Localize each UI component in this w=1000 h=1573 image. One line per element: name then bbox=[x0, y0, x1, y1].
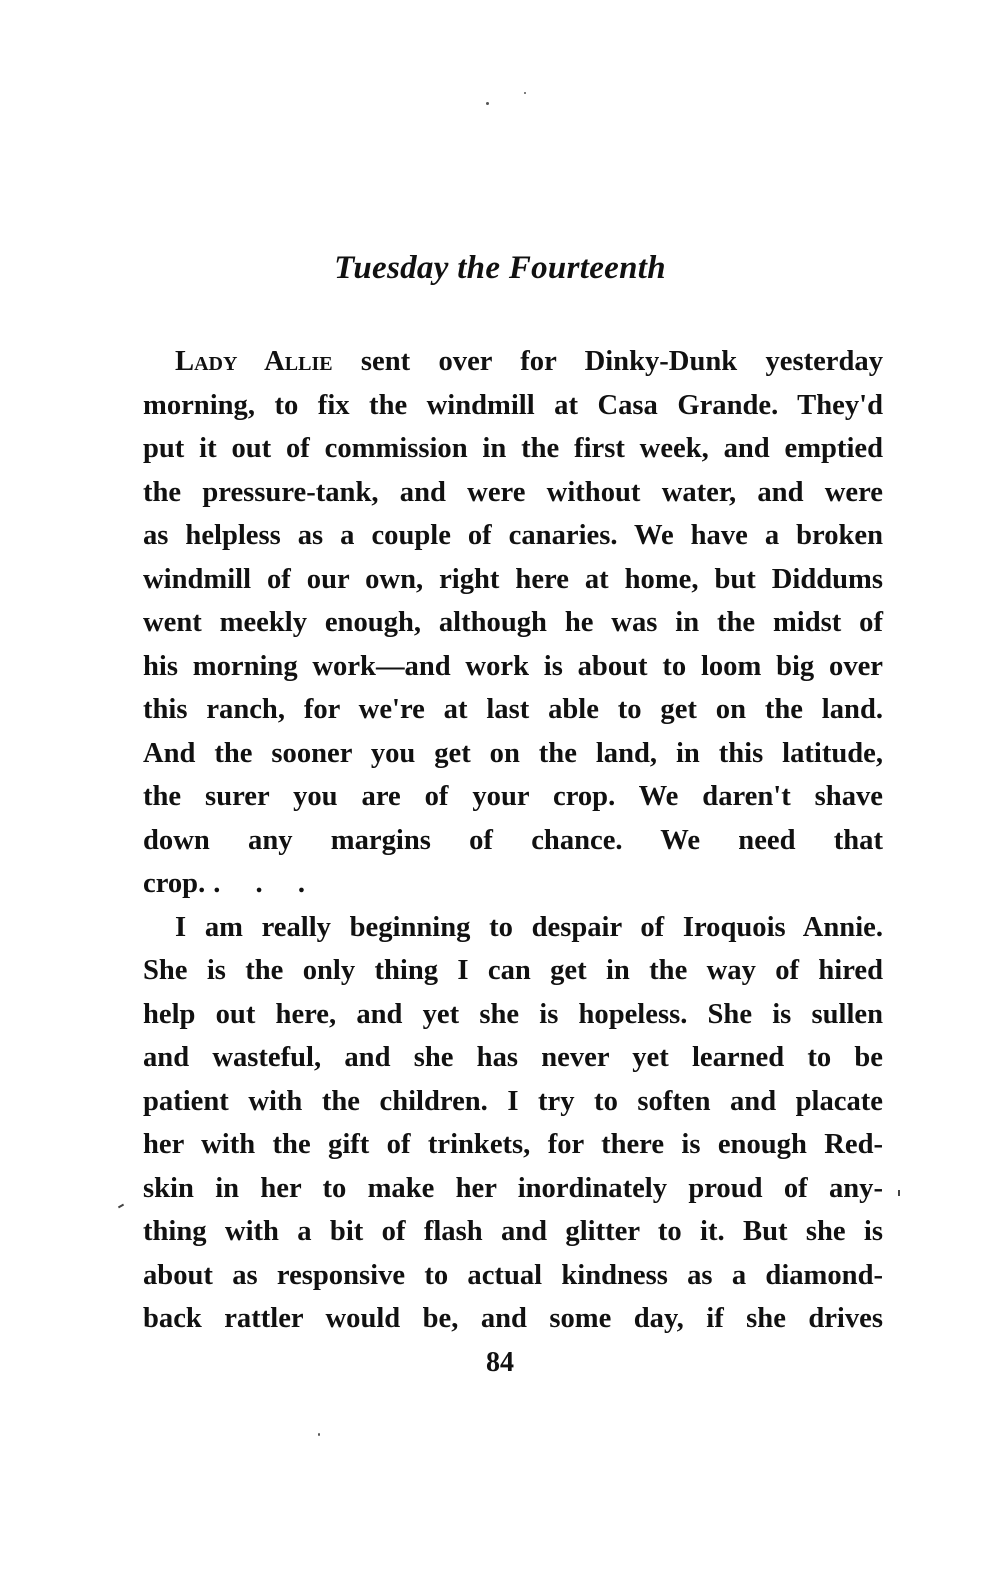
chapter-title: Tuesday the Fourteenth bbox=[0, 250, 1000, 287]
text-line: as helpless as a couple of canaries. We … bbox=[143, 514, 883, 558]
body-text: Lady Allie sent over for Dinky-Dunk yest… bbox=[143, 340, 883, 1341]
text-fragment: crop. bbox=[143, 868, 205, 899]
margin-mark bbox=[898, 1190, 900, 1196]
text-line: crop.. . . bbox=[143, 862, 883, 906]
scan-speck bbox=[524, 92, 526, 94]
text-line: And the sooner you get on the land, in t… bbox=[143, 732, 883, 776]
text-line: her with the gift of trinkets, for there… bbox=[143, 1123, 883, 1167]
text-line: about as responsive to actual kindness a… bbox=[143, 1254, 883, 1298]
text-line: I am really beginning to despair of Iroq… bbox=[143, 906, 883, 950]
text-line: back rattler would be, and some day, if … bbox=[143, 1297, 883, 1341]
text-line: windmill of our own, right here at home,… bbox=[143, 558, 883, 602]
scan-speck bbox=[486, 102, 489, 105]
book-page: Tuesday the Fourteenth Lady Allie sent o… bbox=[0, 0, 1000, 1573]
text-line: patient with the children. I try to soft… bbox=[143, 1080, 883, 1124]
ellipsis: . . . bbox=[213, 868, 319, 899]
text-line: and wasteful, and she has never yet lear… bbox=[143, 1036, 883, 1080]
margin-mark bbox=[118, 1204, 124, 1209]
text-line: thing with a bit of flash and glitter to… bbox=[143, 1210, 883, 1254]
lead-small-caps: Lady Allie bbox=[175, 346, 333, 377]
text-line: his morning work—and work is about to lo… bbox=[143, 645, 883, 689]
text-line: She is the only thing I can get in the w… bbox=[143, 949, 883, 993]
text-line: went meekly enough, although he was in t… bbox=[143, 601, 883, 645]
text-line: the pressure-tank, and were without wate… bbox=[143, 471, 883, 515]
text-line: put it out of commission in the first we… bbox=[143, 427, 883, 471]
scan-speck bbox=[318, 1433, 320, 1436]
text-line: morning, to fix the windmill at Casa Gra… bbox=[143, 384, 883, 428]
text-line: the surer you are of your crop. We daren… bbox=[143, 775, 883, 819]
text-line: skin in her to make her inordinately pro… bbox=[143, 1167, 883, 1211]
text-line: Lady Allie sent over for Dinky-Dunk yest… bbox=[143, 340, 883, 384]
text-line: help out here, and yet she is hopeless. … bbox=[143, 993, 883, 1037]
text-fragment: sent over for Dinky-Dunk yesterday bbox=[333, 346, 883, 377]
text-line: down any margins of chance. We need that bbox=[143, 819, 883, 863]
page-number: 84 bbox=[0, 1347, 1000, 1379]
text-line: this ranch, for we're at last able to ge… bbox=[143, 688, 883, 732]
